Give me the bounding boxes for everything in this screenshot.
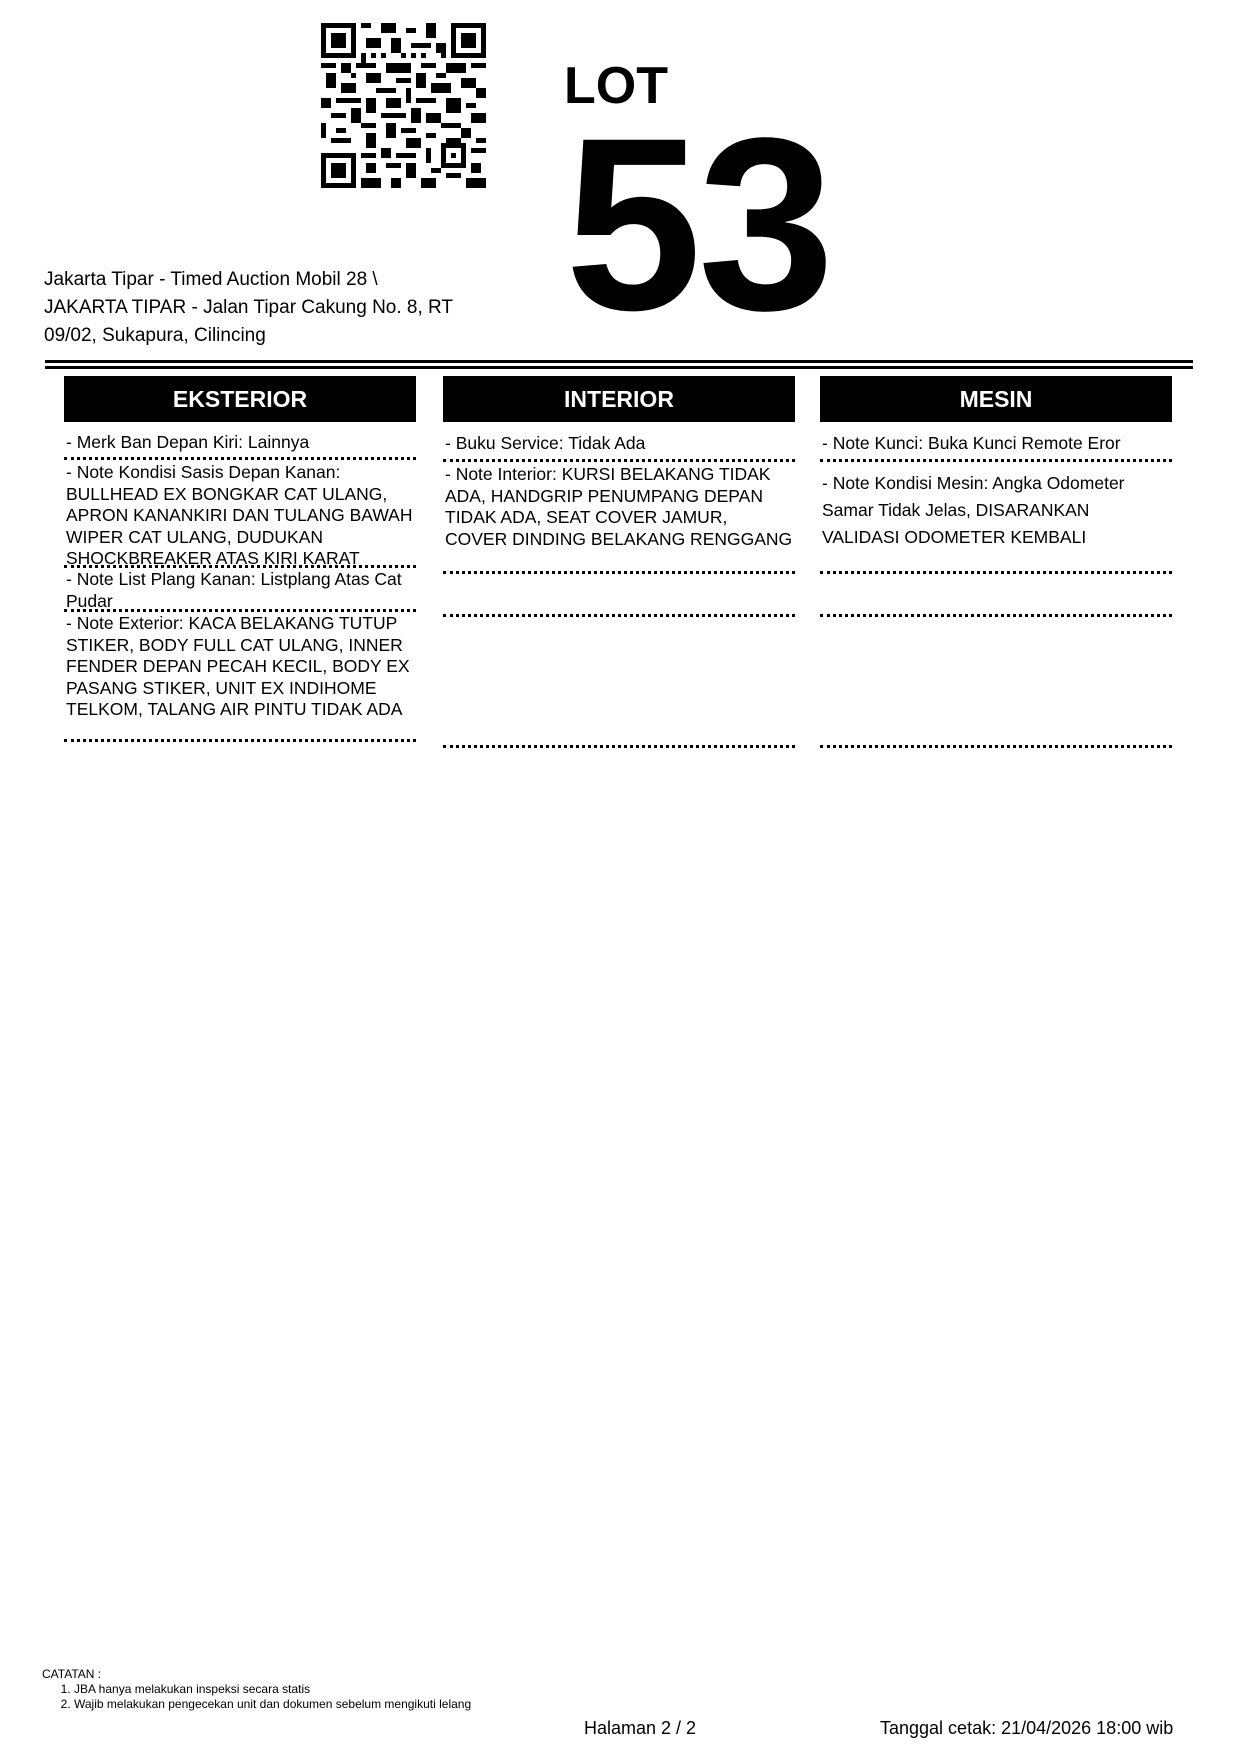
list-item: - Note Kondisi Sasis Depan Kanan: BULLHE…: [64, 460, 416, 568]
divider: [45, 360, 1193, 363]
section-header: EKSTERIOR: [64, 376, 416, 422]
footer-notes: CATATAN : JBA hanya melakukan inspeksi s…: [42, 1667, 471, 1712]
list-item: - Note Interior: KURSI BELAKANG TIDAK AD…: [443, 462, 795, 574]
qr-code-icon: [321, 23, 486, 188]
list-item: - Note Kondisi Mesin: Angka Odometer Sam…: [820, 462, 1172, 574]
address-line: Jakarta Tipar - Timed Auction Mobil 28 \: [44, 266, 524, 294]
note-item: Wajib melakukan pengecekan unit dan doku…: [74, 1697, 471, 1712]
list-item: - Note List Plang Kanan: Listplang Atas …: [64, 568, 416, 612]
list-item: - Note Exterior: KACA BELAKANG TUTUP STI…: [64, 612, 416, 742]
section-header: INTERIOR: [443, 376, 795, 422]
section-header: MESIN: [820, 376, 1172, 422]
list-item: [820, 617, 1172, 748]
list-item: [820, 574, 1172, 617]
address-line: 09/02, Sukapura, Cilincing: [44, 322, 524, 350]
page-number: Halaman 2 / 2: [584, 1718, 696, 1739]
section-interior: INTERIOR - Buku Service: Tidak Ada - Not…: [443, 376, 795, 748]
list-item: [443, 617, 795, 748]
divider: [45, 366, 1193, 369]
section-mesin: MESIN - Note Kunci: Buka Kunci Remote Er…: [820, 376, 1172, 748]
list-item: [443, 574, 795, 617]
notes-title: CATATAN :: [42, 1667, 471, 1682]
address-line: JAKARTA TIPAR - Jalan Tipar Cakung No. 8…: [44, 294, 524, 322]
lot-number: 53: [565, 102, 831, 348]
note-item: JBA hanya melakukan inspeksi secara stat…: [74, 1682, 471, 1697]
section-eksterior: EKSTERIOR - Merk Ban Depan Kiri: Lainnya…: [64, 376, 416, 742]
auction-address: Jakarta Tipar - Timed Auction Mobil 28 \…: [44, 266, 524, 350]
list-item: - Note Kunci: Buka Kunci Remote Eror: [820, 422, 1172, 462]
print-date: Tanggal cetak: 21/04/2026 18:00 wib: [880, 1718, 1173, 1739]
list-item: - Merk Ban Depan Kiri: Lainnya: [64, 422, 416, 460]
list-item: - Buku Service: Tidak Ada: [443, 422, 795, 462]
